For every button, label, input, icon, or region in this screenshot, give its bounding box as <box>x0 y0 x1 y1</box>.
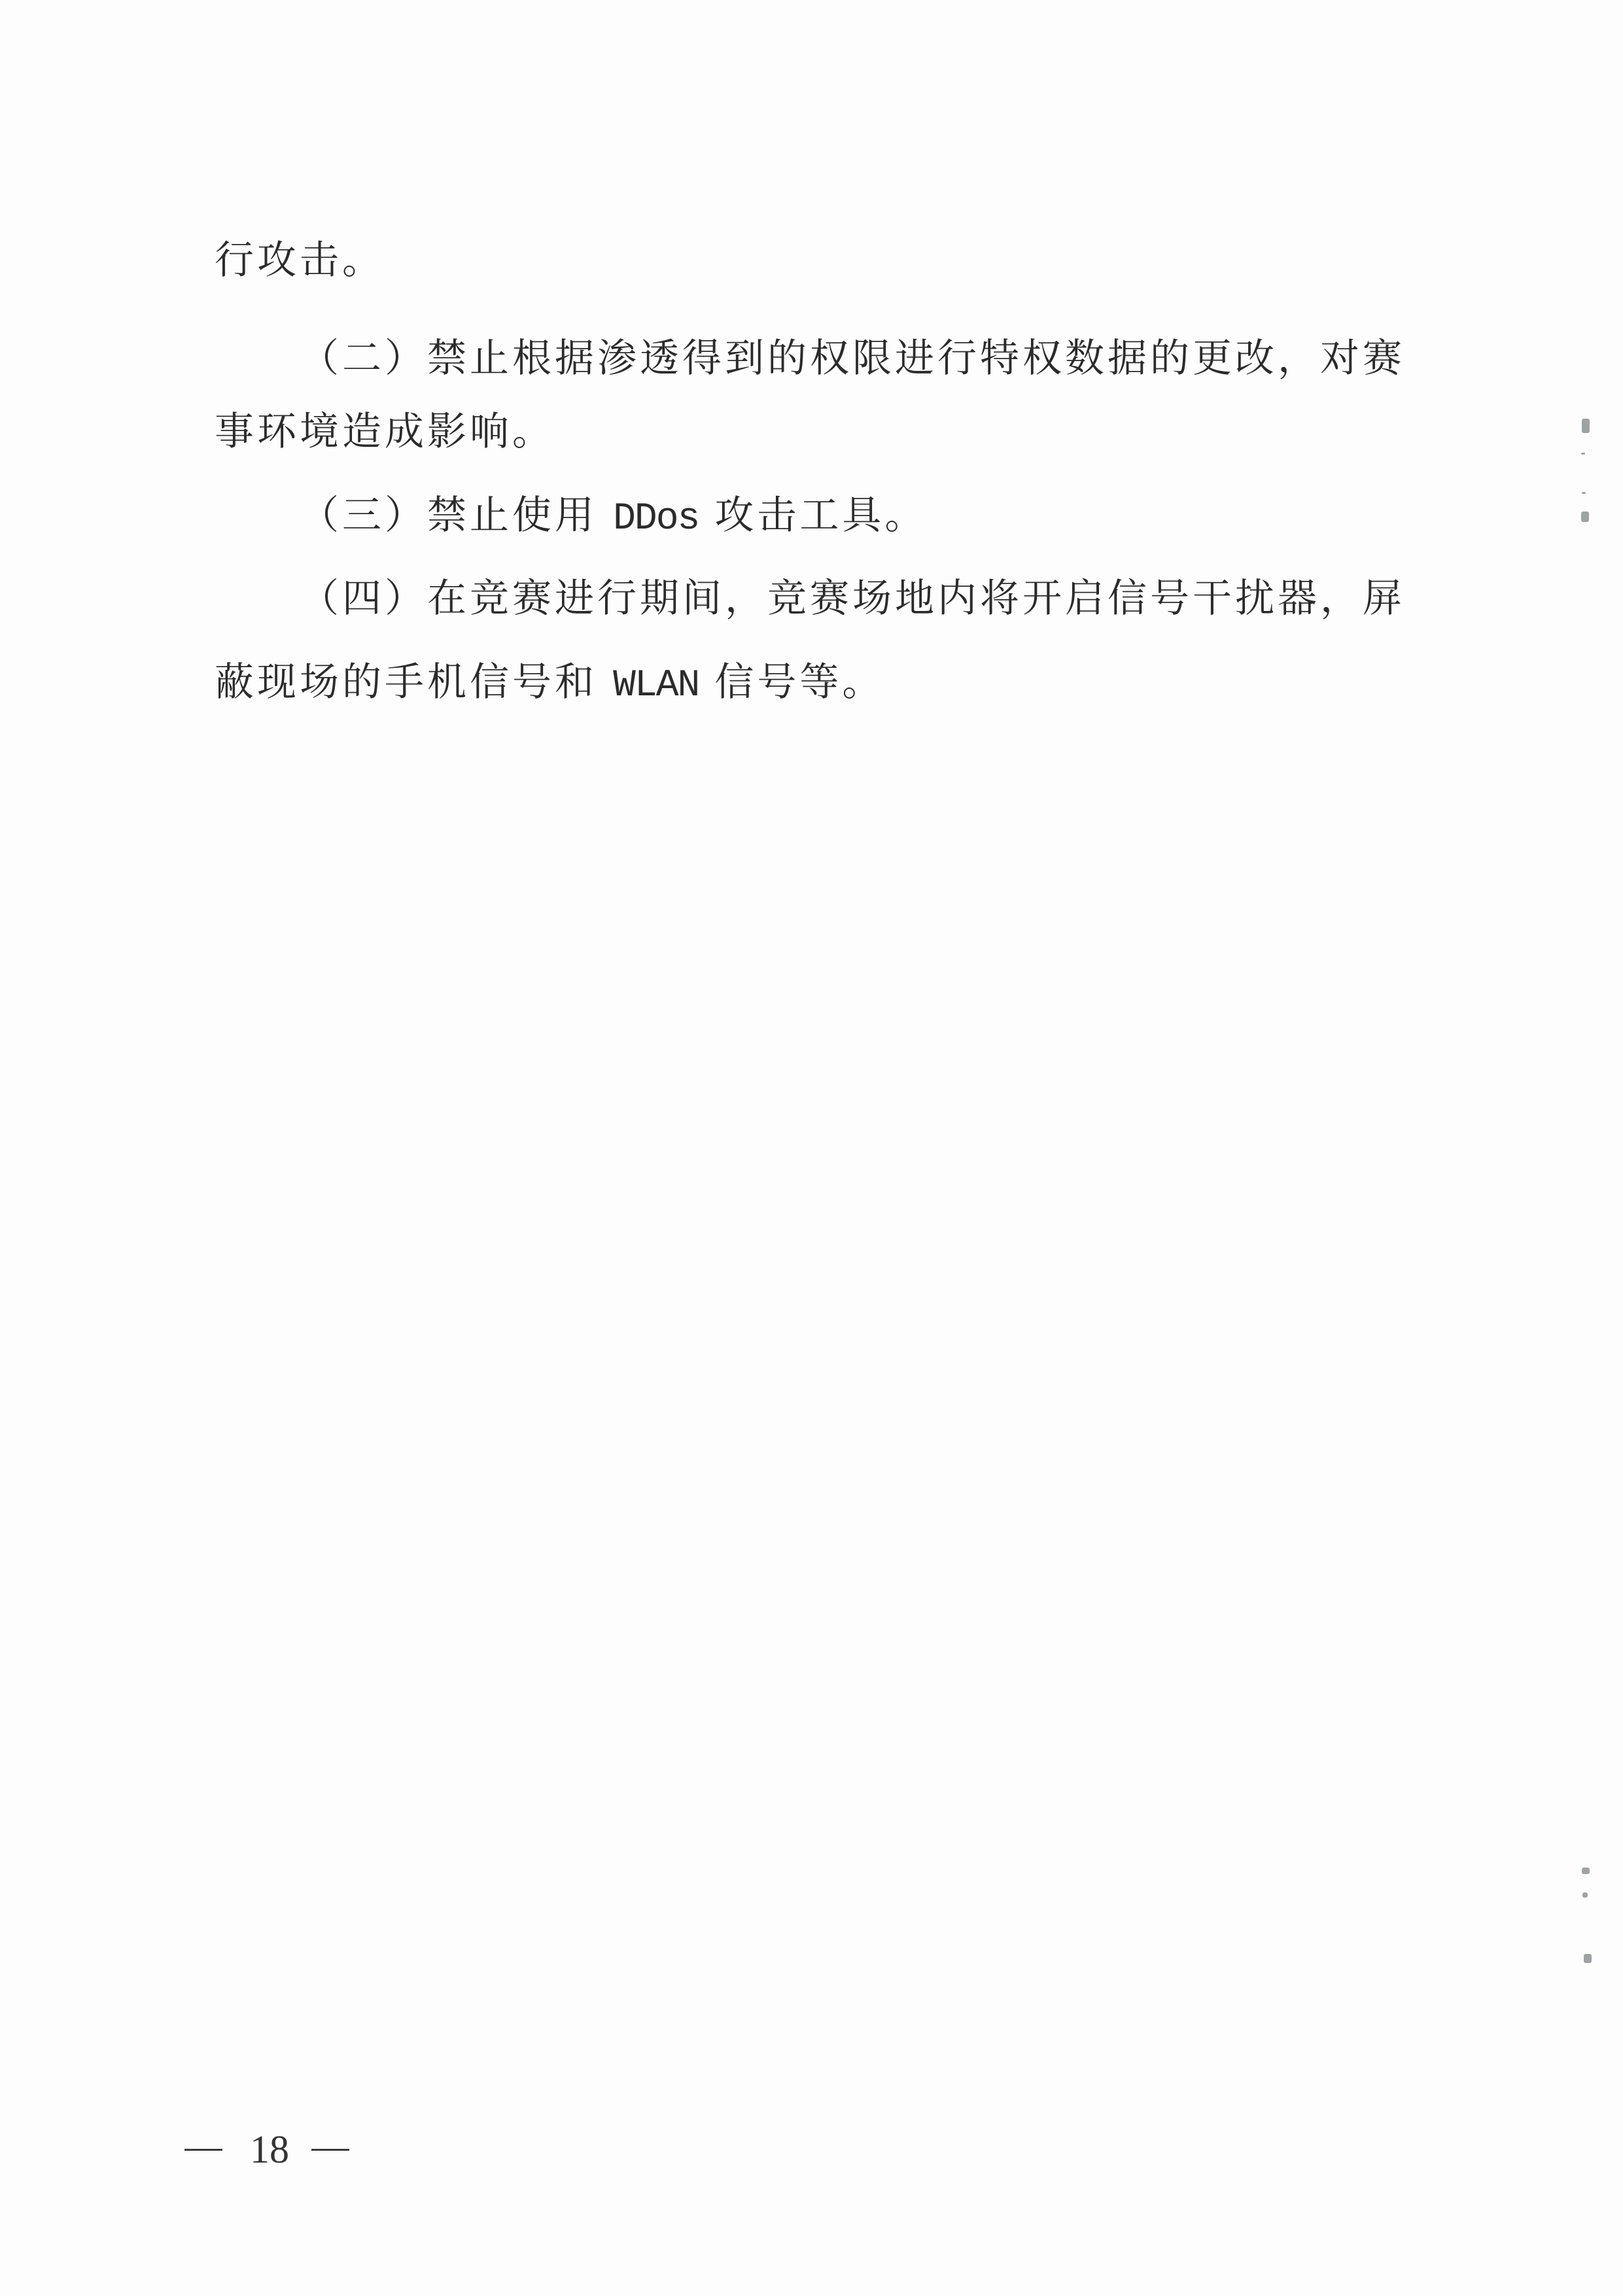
scan-artifact-mark <box>1584 1954 1592 1963</box>
paragraph-item-2-line-1: （二）禁止根据渗透得到的权限进行特权数据的更改，对赛 <box>300 332 1405 385</box>
paragraph-continuation-line: 行攻击。 <box>215 234 385 287</box>
item-3-text-b: 攻击工具。 <box>699 493 927 538</box>
paragraph-item-3-line-1: （三）禁止使用 DDos 攻击工具。 <box>300 489 927 542</box>
scan-artifact-mark <box>1581 453 1585 455</box>
paragraph-item-4-line-2: 蔽现场的手机信号和 WLAN 信号等。 <box>215 656 884 708</box>
page-footer: 18 <box>184 2123 349 2176</box>
paragraph-item-4-line-1: （四）在竞赛进行期间，竞赛场地内将开启信号干扰器，屏 <box>300 572 1405 625</box>
document-page: 行攻击。 （二）禁止根据渗透得到的权限进行特权数据的更改，对赛 事环境造成影响。… <box>0 0 1623 2296</box>
item-4-text-b: 信号等。 <box>699 659 884 705</box>
scan-artifact-mark <box>1582 1892 1588 1898</box>
item-3-text-a: （三）禁止使用 <box>300 493 613 538</box>
item-3-term-ddos: DDos <box>613 498 699 540</box>
footer-dash-left <box>184 2149 222 2151</box>
item-4-text-a: 蔽现场的手机信号和 <box>215 659 613 705</box>
page-number: 18 <box>250 2123 289 2176</box>
scan-artifact-mark <box>1582 1868 1590 1874</box>
scan-artifact-mark <box>1582 492 1586 494</box>
scan-artifact-mark <box>1582 419 1590 433</box>
item-4-term-wlan: WLAN <box>613 665 699 707</box>
paragraph-item-2-line-2: 事环境造成影响。 <box>215 406 555 458</box>
footer-dash-right <box>311 2149 349 2151</box>
scan-artifact-mark <box>1581 512 1589 522</box>
